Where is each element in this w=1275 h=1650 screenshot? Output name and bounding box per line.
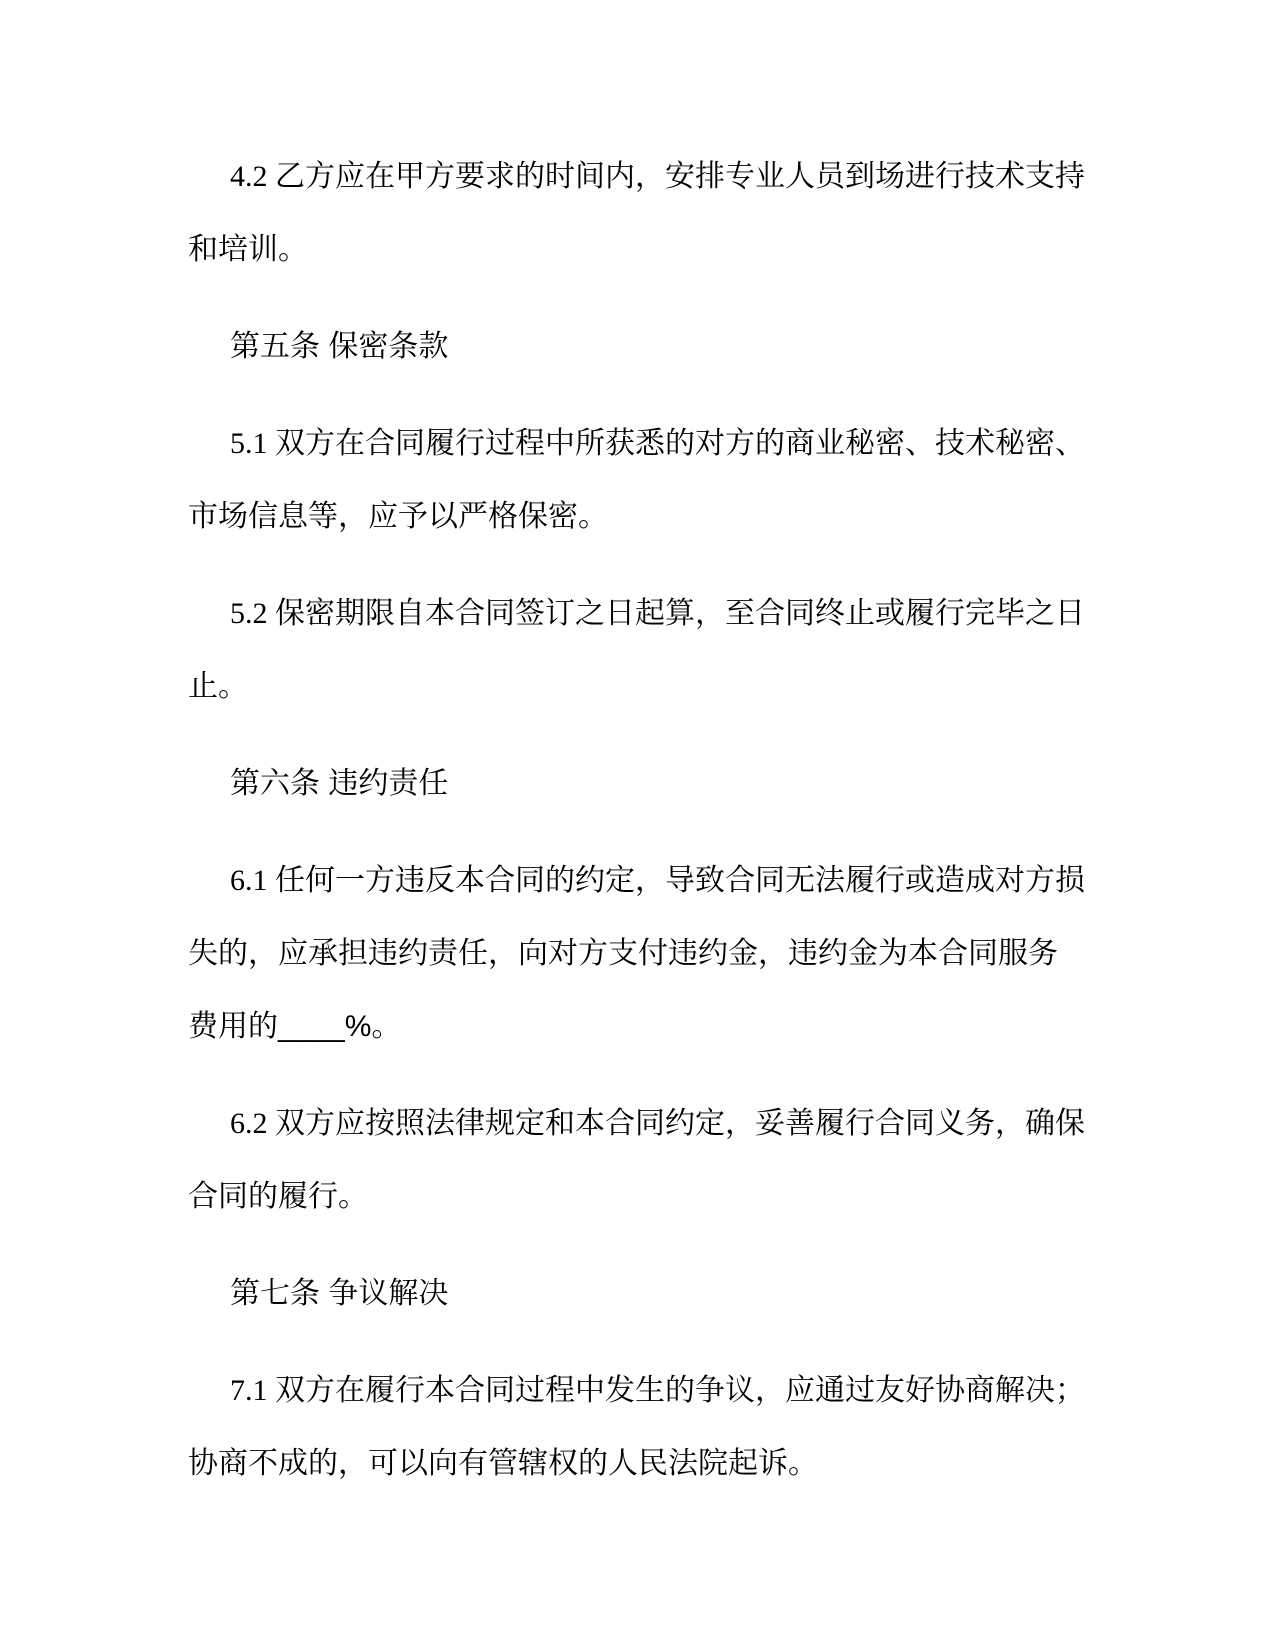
clause-text: 乙方应在甲方要求的时间内，安排专业人员到场进行技术支持和培训。 <box>188 160 1085 266</box>
clause-number: 5.1 <box>230 427 275 460</box>
clause-5-2: 5.2 保密期限自本合同签订之日起算，至合同终止或履行完毕之日止。 <box>188 577 1086 723</box>
clause-text: 双方在履行本合同过程中发生的争议，应通过友好协商解决；协商不成的，可以向有管辖权… <box>188 1374 1085 1480</box>
article-5-heading: 第五条 保密条款 <box>188 310 1086 383</box>
clause-4-2: 4.2 乙方应在甲方要求的时间内，安排专业人员到场进行技术支持和培训。 <box>188 140 1086 286</box>
clause-number: 6.2 <box>230 1107 275 1140</box>
clause-number: 4.2 <box>230 160 275 193</box>
clause-text: 双方应按照法律规定和本合同约定，妥善履行合同义务，确保合同的履行。 <box>188 1107 1085 1213</box>
clause-text: 双方在合同履行过程中所获悉的对方的商业秘密、技术秘密、市场信息等，应予以严格保密… <box>188 427 1085 533</box>
clause-number: 5.2 <box>230 597 275 630</box>
clause-number: 7.1 <box>230 1374 275 1407</box>
clause-6-2: 6.2 双方应按照法律规定和本合同约定，妥善履行合同义务，确保合同的履行。 <box>188 1087 1086 1233</box>
document-body: 4.2 乙方应在甲方要求的时间内，安排专业人员到场进行技术支持和培训。 第五条 … <box>188 140 1086 1500</box>
clause-number: 6.1 <box>230 864 275 897</box>
clause-7-1: 7.1 双方在履行本合同过程中发生的争议，应通过友好协商解决；协商不成的，可以向… <box>188 1354 1086 1500</box>
clause-5-1: 5.1 双方在合同履行过程中所获悉的对方的商业秘密、技术秘密、市场信息等，应予以… <box>188 407 1086 553</box>
article-7-heading: 第七条 争议解决 <box>188 1257 1086 1330</box>
clause-text: 任何一方违反本合同的约定，导致合同无法履行或造成对方损失的，应承担违约责任，向对… <box>188 864 1085 1043</box>
article-6-heading: 第六条 违约责任 <box>188 747 1086 820</box>
clause-6-1: 6.1 任何一方违反本合同的约定，导致合同无法履行或造成对方损失的，应承担违约责… <box>188 844 1086 1063</box>
contract-document-page: 4.2 乙方应在甲方要求的时间内，安排专业人员到场进行技术支持和培训。 第五条 … <box>0 0 1275 1650</box>
clause-text: 保密期限自本合同签订之日起算，至合同终止或履行完毕之日止。 <box>188 597 1085 703</box>
